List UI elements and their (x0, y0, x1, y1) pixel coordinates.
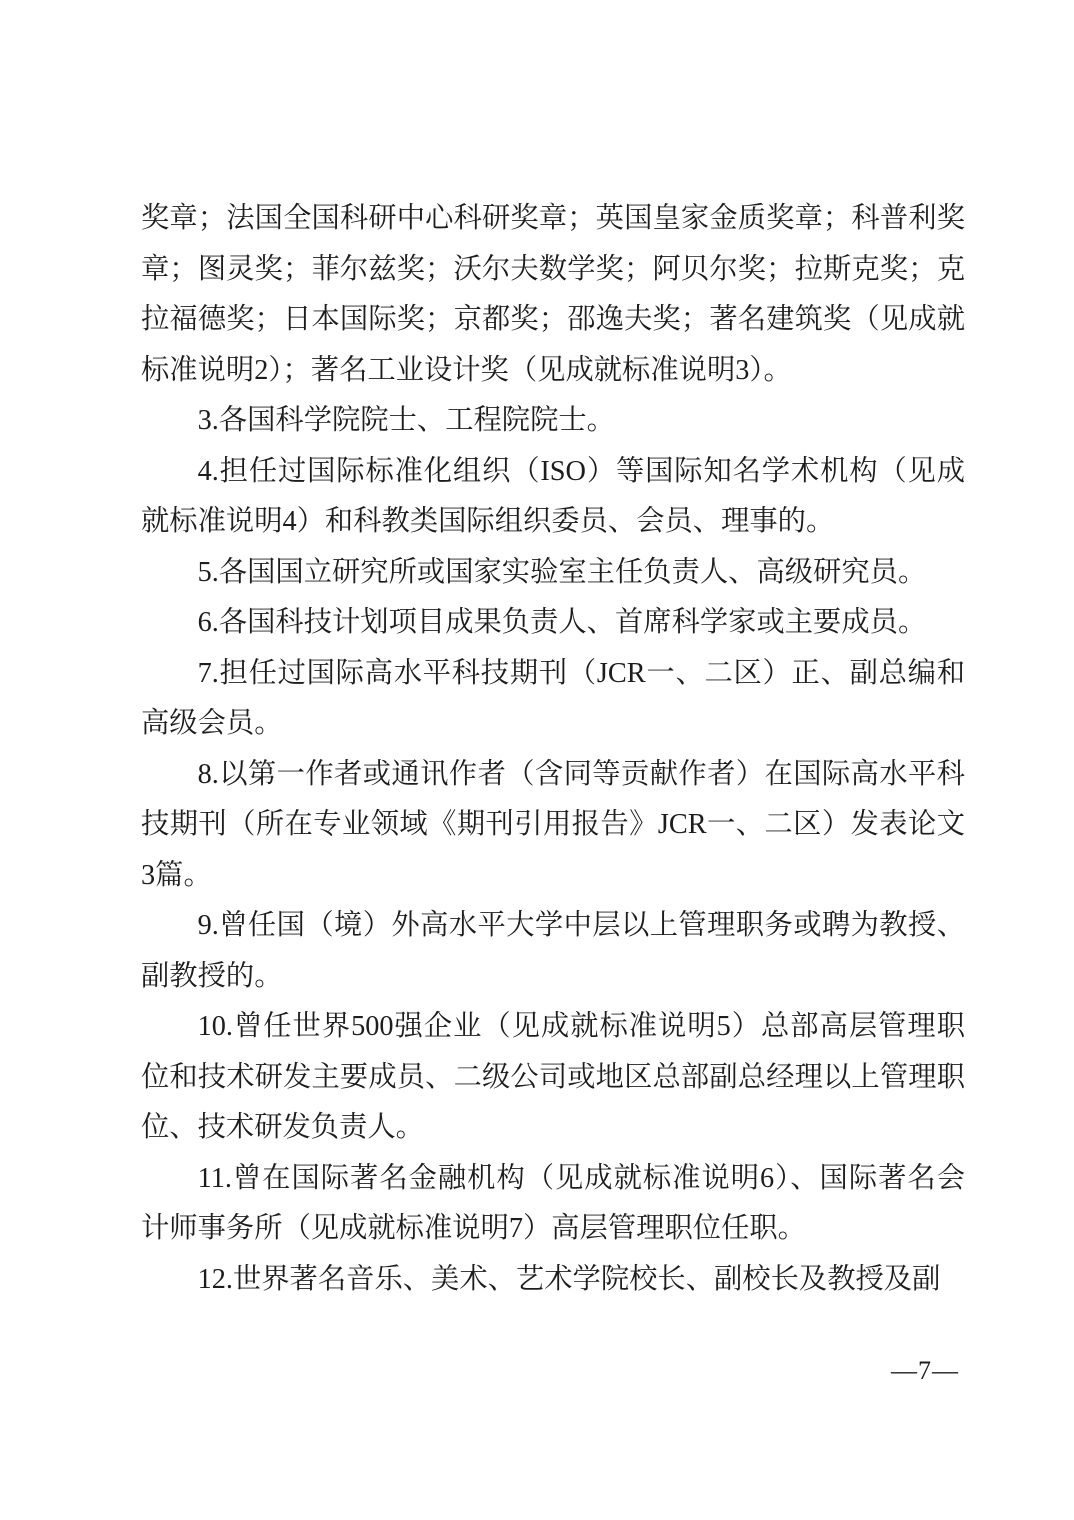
list-item-4: 4.担任过国际标准化组织（ISO）等国际知名学术机构（见成就标准说明4）和科教类… (141, 447, 965, 548)
list-item-8: 8.以第一作者或通讯作者（含同等贡献作者）在国际高水平科技期刊（所在专业领域《期… (141, 750, 965, 902)
list-item-5: 5.各国国立研究所或国家实验室主任负责人、高级研究员。 (141, 548, 965, 599)
list-item-12: 12.世界著名音乐、美术、艺术学院校长、副校长及教授及副 (141, 1255, 965, 1306)
list-item-3: 3.各国科学院院士、工程院院士。 (141, 396, 965, 447)
document-body: 奖章；法国全国科研中心科研奖章；英国皇家金质奖章；科普利奖章；图灵奖；菲尔兹奖；… (141, 194, 965, 1305)
paragraph-continuation: 奖章；法国全国科研中心科研奖章；英国皇家金质奖章；科普利奖章；图灵奖；菲尔兹奖；… (141, 194, 965, 396)
page-number: —7— (891, 1356, 959, 1386)
list-item-10: 10.曾任世界500强企业（见成就标准说明5）总部高层管理职位和技术研发主要成员… (141, 1002, 965, 1154)
list-item-11: 11.曾在国际著名金融机构（见成就标准说明6）、国际著名会计师事务所（见成就标准… (141, 1154, 965, 1255)
list-item-9: 9.曾任国（境）外高水平大学中层以上管理职务或聘为教授、副教授的。 (141, 901, 965, 1002)
list-item-7: 7.担任过国际高水平科技期刊（JCR一、二区）正、副总编和高级会员。 (141, 649, 965, 750)
document-page: 奖章；法国全国科研中心科研奖章；英国皇家金质奖章；科普利奖章；图灵奖；菲尔兹奖；… (0, 0, 1074, 1520)
list-item-6: 6.各国科技计划项目成果负责人、首席科学家或主要成员。 (141, 598, 965, 649)
